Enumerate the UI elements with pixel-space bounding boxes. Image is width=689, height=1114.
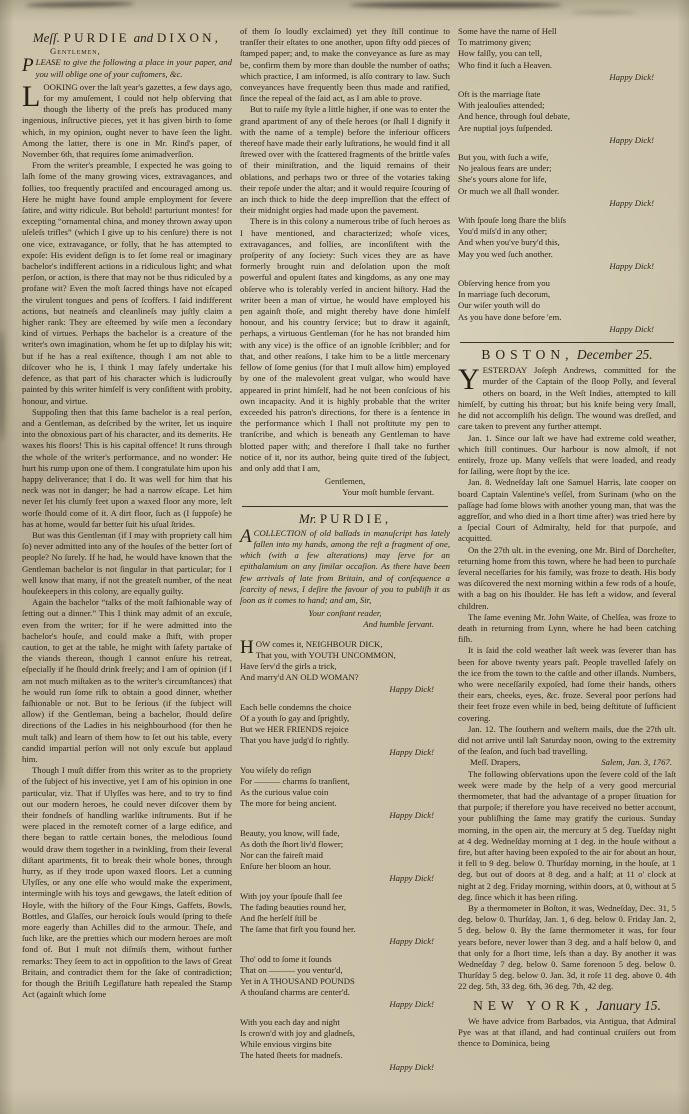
dateline-date: January 15. <box>596 998 661 1013</box>
refrain-happy-dick: Happy Dick! <box>240 810 450 821</box>
stanza-lines: OW comes it, NEIGHBOUR DICK, That you, w… <box>240 639 396 683</box>
refrain-happy-dick: Happy Dick! <box>240 747 450 758</box>
poem-stanza: Obſerving hence from you In marriage ſuc… <box>458 278 676 323</box>
poem-stanza: With ſpouſe long ſhare the bliſs You'd m… <box>458 215 676 260</box>
poem-stanza: Tho' odd to ſome it ſounds That on ——— y… <box>240 954 450 999</box>
dateline-date: December 25. <box>577 347 653 362</box>
closing-salute: Gentlemen, <box>240 476 450 487</box>
stanza-lines: You wiſely do reſign For ——— charms ſo t… <box>240 765 350 809</box>
news-paragraph: We have advice from Barbados, via Antigu… <box>458 1016 676 1050</box>
column-layout: Meſſ. PURDIE and DIXON, Gentlemen, PLEAS… <box>0 0 689 1080</box>
stanza-lines: But you, with ſuch a wife, No jealous fe… <box>458 152 559 196</box>
poem-stanza: But you, with ſuch a wife, No jealous fe… <box>458 152 676 197</box>
drapers-left: Meſſ. Drapers, <box>470 757 520 768</box>
heading-prefix: Mr. <box>299 511 317 526</box>
heading-name: PURDIE, <box>320 511 391 526</box>
ink-smudge <box>350 2 562 8</box>
stanza-lines: With ſpouſe long ſhare the bliſs You'd m… <box>458 215 566 259</box>
news-paragraph: Jan. 12. The ſouthern and weſtern mails,… <box>458 724 676 758</box>
ink-smudge <box>572 11 636 14</box>
stanza-lines: Obſerving hence from you In marriage ſuc… <box>458 278 561 322</box>
letter-paragraph: But to raiſe my ſtyle a little higher, i… <box>240 104 450 216</box>
closing-reader: Your conſtant reader, <box>240 608 450 619</box>
refrain-happy-dick: Happy Dick! <box>240 1062 450 1073</box>
poem-stanza: Oft is the marriage ſtate With jealouſie… <box>458 89 676 134</box>
stanza-lines: Tho' odd to ſome it ſounds That on ——— y… <box>240 954 355 998</box>
refrain-happy-dick: Happy Dick! <box>458 72 676 83</box>
newyork-dateline: NEW YORK, January 15. <box>458 1000 676 1011</box>
drop-cap: A <box>240 528 254 545</box>
news-paragraph: By a thermometer in Boſton, it was, Wedn… <box>458 903 676 993</box>
letter-paragraph: of them ſo loudly exclaimed) yet they ſt… <box>240 26 450 104</box>
stanza-lines: Each belle condemns the choice Of a yout… <box>240 702 351 746</box>
news-paragraph: The ſame evening Mr. John Waite, of Chel… <box>458 612 676 646</box>
column-right: Some have the name of Hell To matrimony … <box>458 26 676 1080</box>
letter-paragraph: Suppoſing then that this ſame bachelor i… <box>22 407 232 530</box>
refrain-happy-dick: Happy Dick! <box>458 198 676 209</box>
refrain-happy-dick: Happy Dick! <box>458 135 676 146</box>
closing-signature: Your moſt humble ſervant. <box>240 487 450 498</box>
drop-cap: H <box>240 639 256 656</box>
news-paragraph: Jan. 8. Wedneſday laſt one Samuel Harris… <box>458 477 676 544</box>
section-rule <box>460 342 674 343</box>
poem-stanza: Some have the name of Hell To matrimony … <box>458 26 676 71</box>
dateline-place: NEW YORK, <box>473 998 593 1013</box>
paragraph-text: OOKING over the laſt year's gazettes, a … <box>22 82 232 159</box>
poem-stanza: HOW comes it, NEIGHBOUR DICK, That you, … <box>240 639 450 684</box>
poem-stanza: You wiſely do reſign For ——— charms ſo t… <box>240 765 450 810</box>
poem-stanza: With you each day and night Is crown'd w… <box>240 1017 450 1062</box>
refrain-happy-dick: Happy Dick! <box>240 873 450 884</box>
letter-heading: Meſſ. PURDIE and DIXON, <box>22 32 232 43</box>
section-rule <box>242 506 448 507</box>
stanza-lines: Some have the name of Hell To matrimony … <box>458 26 557 70</box>
drop-cap: L <box>22 82 43 110</box>
boston-dateline: BOSTON, December 25. <box>458 349 676 360</box>
letter-paragraph: Though I muſt differ from this writer as… <box>22 765 232 1000</box>
news-paragraph: It is ſaid the cold weather laſt week wa… <box>458 645 676 723</box>
poem-stanza: Each belle condemns the choice Of a yout… <box>240 702 450 747</box>
news-paragraph: On the 27th ult. in the evening, one Mr.… <box>458 545 676 612</box>
drapers-address-line: Meſſ. Drapers, Salem, Jan. 3, 1767. <box>458 757 676 768</box>
refrain-happy-dick: Happy Dick! <box>240 999 450 1010</box>
letter-paragraph: LOOKING over the laſt year's gazettes, a… <box>22 82 232 160</box>
refrain-happy-dick: Happy Dick! <box>240 684 450 695</box>
stanza-lines: With joy your ſpouſe ſhall ſee The fadin… <box>240 891 356 935</box>
paragraph-text: ESTERDAY Joſeph Andrews, committed for t… <box>458 365 676 431</box>
epithalamium-poem-continued: Some have the name of Hell To matrimony … <box>458 26 676 335</box>
stanza-lines: Oft is the marriage ſtate With jealouſie… <box>458 89 570 133</box>
letter-paragraph: There is in this colony a numerous tribe… <box>240 216 450 474</box>
column-middle: of them ſo loudly exclaimed) yet they ſt… <box>240 26 450 1080</box>
heading-conjunction: and <box>134 30 154 45</box>
heading-name-dixon: DIXON, <box>157 30 221 45</box>
news-paragraph: Jan. 1. Since our laſt we have had extre… <box>458 433 676 478</box>
letter-paragraph: From the writer's preamble, I expected h… <box>22 160 232 406</box>
purdie-letter-body: ACOLLECTION of old ballads in manuſcript… <box>240 528 450 606</box>
stanza-lines: Beauty, you know, will fade, As doth the… <box>240 828 343 872</box>
dateline-place: BOSTON, <box>481 347 573 362</box>
closing-servant: And humble ſervant. <box>240 619 450 630</box>
drop-cap: Y <box>458 365 483 393</box>
refrain-happy-dick: Happy Dick! <box>458 261 676 272</box>
salutation: Gentlemen, <box>22 46 232 57</box>
letter-intro: PLEASE to give the following a place in … <box>22 57 232 79</box>
poem-stanza: Beauty, you know, will fade, As doth the… <box>240 828 450 873</box>
drop-cap: P <box>22 57 36 74</box>
purdie-letter-heading: Mr. PURDIE, <box>240 513 450 524</box>
news-paragraph: YESTERDAY Joſeph Andrews, committed for … <box>458 365 676 432</box>
letter-paragraph: But was this Gentleman (if I may with pr… <box>22 530 232 597</box>
newspaper-page: Meſſ. PURDIE and DIXON, Gentlemen, PLEAS… <box>0 0 689 1114</box>
stanza-lines: With you each day and night Is crown'd w… <box>240 1017 355 1061</box>
column-left: Meſſ. PURDIE and DIXON, Gentlemen, PLEAS… <box>22 26 232 1080</box>
letter-paragraph: Again the bachelor “talks of the moſt fa… <box>22 597 232 765</box>
refrain-happy-dick: Happy Dick! <box>458 324 676 335</box>
drapers-right: Salem, Jan. 3, 1767. <box>601 757 672 768</box>
heading-name-purdie: PURDIE <box>64 30 130 45</box>
epithalamium-poem: HOW comes it, NEIGHBOUR DICK, That you, … <box>240 639 450 1074</box>
heading-prefix: Meſſ. <box>33 30 60 45</box>
news-paragraph: The following obſervations upon the ſeve… <box>458 769 676 903</box>
intro-text: LEASE to give the following a place in y… <box>36 57 232 78</box>
poem-stanza: With joy your ſpouſe ſhall ſee The fadin… <box>240 891 450 936</box>
refrain-happy-dick: Happy Dick! <box>240 936 450 947</box>
letter-text: COLLECTION of old ballads in manuſcript … <box>240 528 450 605</box>
